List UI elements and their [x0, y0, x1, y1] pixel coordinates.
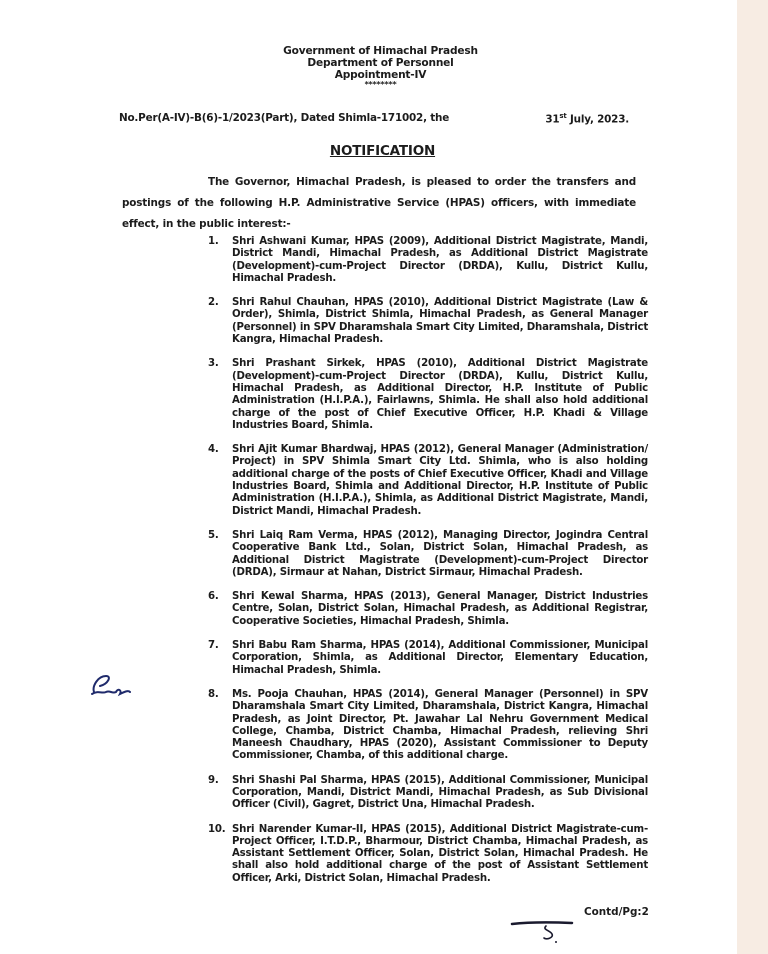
item-text: Shri Kewal Sharma, HPAS (2013), General … [232, 591, 648, 628]
item-number: 7. [208, 640, 232, 677]
reference-date: 31st July, 2023. [545, 112, 629, 125]
item-number: 8. [208, 689, 232, 763]
item-text: Shri Babu Ram Sharma, HPAS (2014), Addit… [232, 640, 648, 677]
page-edge-background [737, 0, 768, 954]
date-day: 31 [545, 113, 559, 125]
item-number: 3. [208, 358, 232, 432]
letterhead-government: Government of Himachal Pradesh [24, 45, 737, 57]
item-number: 5. [208, 530, 232, 579]
transfer-list: 1.Shri Ashwani Kumar, HPAS (2009), Addit… [208, 236, 648, 885]
reference-line: No.Per(A-IV)-B(6)-1/2023(Part), Dated Sh… [119, 112, 629, 125]
item-text: Shri Ajit Kumar Bhardwaj, HPAS (2012), G… [232, 444, 648, 518]
item-number: 4. [208, 444, 232, 518]
item-text: Shri Laiq Ram Verma, HPAS (2012), Managi… [232, 530, 648, 579]
notification-title-text: NOTIFICATION [330, 143, 435, 159]
intro-paragraph: The Governor, Himachal Pradesh, is pleas… [122, 172, 636, 235]
initials-signature-icon [88, 672, 136, 704]
date-suffix: st [559, 112, 566, 120]
transfer-item: 7.Shri Babu Ram Sharma, HPAS (2014), Add… [208, 640, 648, 677]
transfer-item: 6.Shri Kewal Sharma, HPAS (2013), Genera… [208, 591, 648, 628]
transfer-item: 3.Shri Prashant Sirkek, HPAS (2010), Add… [208, 358, 648, 432]
item-text: Shri Ashwani Kumar, HPAS (2009), Additio… [232, 236, 648, 285]
transfer-item: 2.Shri Rahul Chauhan, HPAS (2010), Addit… [208, 297, 648, 346]
letterhead: Government of Himachal Pradesh Departmen… [0, 45, 737, 88]
reference-number: No.Per(A-IV)-B(6)-1/2023(Part), Dated Sh… [119, 112, 449, 125]
item-number: 10. [208, 824, 232, 885]
transfer-item: 1.Shri Ashwani Kumar, HPAS (2009), Addit… [208, 236, 648, 285]
transfer-item: 5.Shri Laiq Ram Verma, HPAS (2012), Mana… [208, 530, 648, 579]
item-text: Ms. Pooja Chauhan, HPAS (2014), General … [232, 689, 648, 763]
transfer-item: 4.Shri Ajit Kumar Bhardwaj, HPAS (2012),… [208, 444, 648, 518]
intro-text: The Governor, Himachal Pradesh, is pleas… [122, 176, 636, 230]
item-number: 1. [208, 236, 232, 285]
item-number: 6. [208, 591, 232, 628]
transfer-item: 10.Shri Narender Kumar-II, HPAS (2015), … [208, 824, 648, 885]
letterhead-department: Department of Personnel [24, 57, 737, 69]
signature-icon [510, 914, 580, 950]
item-text: Shri Rahul Chauhan, HPAS (2010), Additio… [232, 297, 648, 346]
document-page: Government of Himachal Pradesh Departmen… [0, 0, 737, 954]
notification-title: NOTIFICATION [0, 143, 737, 159]
item-text: Shri Prashant Sirkek, HPAS (2010), Addit… [232, 358, 648, 432]
item-number: 2. [208, 297, 232, 346]
item-text: Shri Shashi Pal Sharma, HPAS (2015), Add… [232, 775, 648, 812]
continued-note: Contd/Pg:2 [584, 906, 649, 918]
item-text: Shri Narender Kumar-II, HPAS (2015), Add… [232, 824, 648, 885]
date-rest: July, 2023. [567, 113, 629, 125]
letterhead-stars: ******** [24, 81, 737, 88]
transfer-item: 8.Ms. Pooja Chauhan, HPAS (2014), Genera… [208, 689, 648, 763]
item-number: 9. [208, 775, 232, 812]
transfer-item: 9.Shri Shashi Pal Sharma, HPAS (2015), A… [208, 775, 648, 812]
